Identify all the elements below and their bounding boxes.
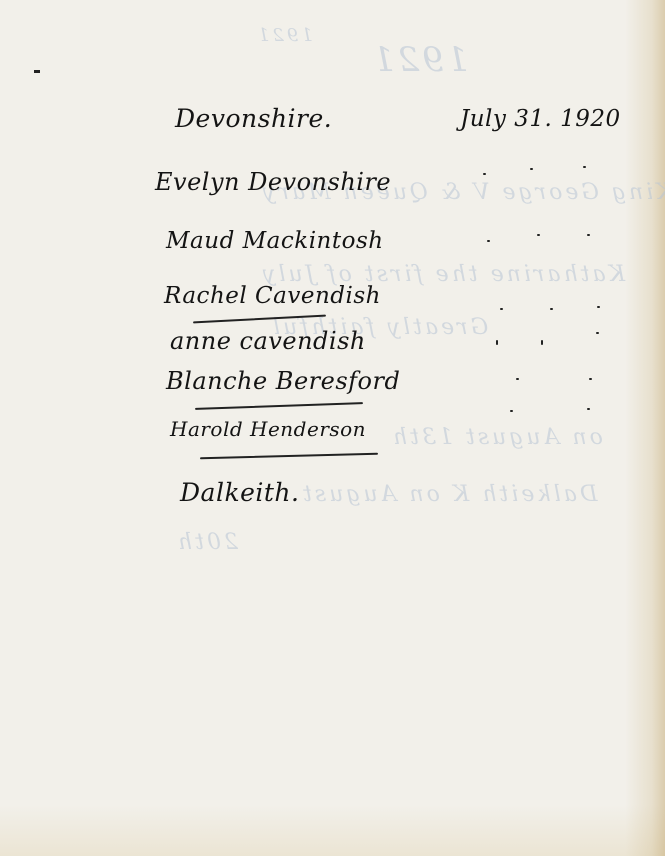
- show-through-line: Dalkeith K on August: [300, 482, 597, 507]
- signature: Harold Henderson: [170, 417, 366, 441]
- ditto-mark: [537, 234, 540, 236]
- signature-underline: [195, 402, 363, 410]
- signature: Blanche Beresford: [166, 367, 400, 395]
- ditto-mark: [510, 410, 513, 412]
- ditto-mark: [483, 173, 486, 175]
- signature: Evelyn Devonshire: [155, 168, 391, 196]
- ditto-mark: [589, 378, 592, 380]
- ditto-mark: [500, 308, 503, 310]
- ditto-mark: [587, 234, 590, 236]
- margin-mark: [34, 70, 40, 73]
- ditto-mark: [596, 332, 599, 334]
- ditto-mark: [496, 340, 498, 345]
- signature: Maud Mackintosh: [166, 228, 384, 254]
- page-heading: Devonshire.: [175, 104, 332, 133]
- ditto-mark: [550, 308, 553, 310]
- show-through-line: 1921: [370, 40, 469, 80]
- ditto-mark: [597, 306, 600, 308]
- ditto-mark: [587, 408, 590, 410]
- ditto-mark: [541, 340, 543, 345]
- show-through-line: 20th: [175, 530, 238, 555]
- signature: anne cavendish: [170, 327, 366, 355]
- show-through-line: 1921: [255, 25, 313, 46]
- ditto-mark: [530, 168, 533, 170]
- signature: Dalkeith.: [180, 478, 299, 507]
- ditto-mark: [487, 240, 490, 242]
- ditto-mark: [516, 378, 519, 380]
- signature: Rachel Cavendish: [164, 283, 381, 309]
- document-page: 1921 1921 King George V & Queen Mary Kat…: [0, 0, 665, 856]
- signature-underline: [200, 453, 378, 460]
- show-through-line: on August 13th: [390, 425, 603, 450]
- page-date: July 31. 1920: [460, 106, 621, 132]
- ditto-mark: [583, 166, 586, 168]
